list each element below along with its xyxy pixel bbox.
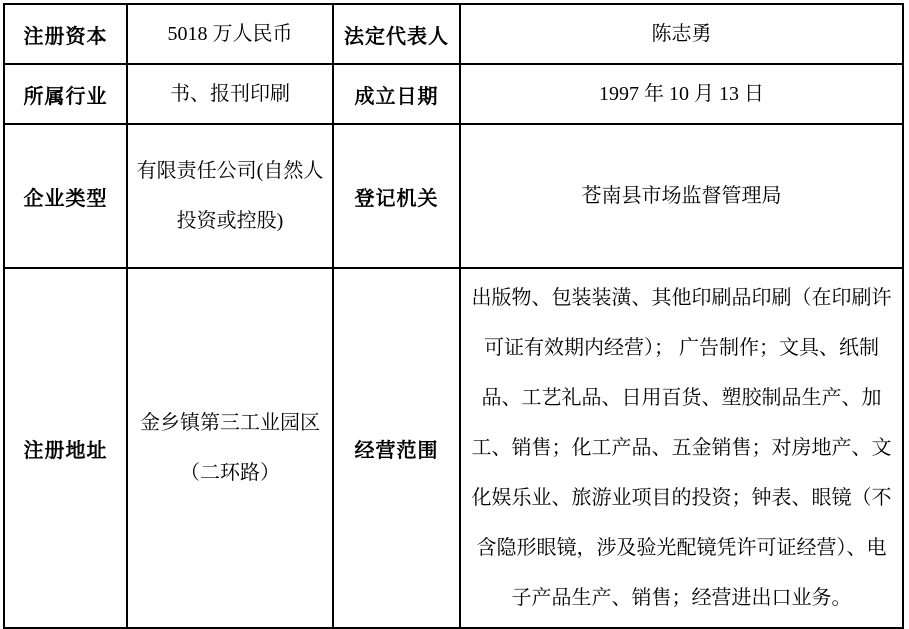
company-registration-document: 注册资本 5018 万人民币 法定代表人 陈志勇 所属行业 书、报刊印刷 成立日… [0, 0, 909, 627]
label-industry: 所属行业 [4, 64, 127, 124]
value-registered-capital: 5018 万人民币 [127, 4, 333, 64]
value-business-scope: 出版物、包装装潢、其他印刷品印刷（在印刷许可证有效期内经营）； 广告制作；文具、… [460, 268, 903, 628]
table-row-registered-capital: 注册资本 5018 万人民币 法定代表人 陈志勇 [4, 4, 903, 64]
table-row-registered-address: 注册地址 金乡镇第三工业园区（二环路） 经营范围 出版物、包装装潢、其他印刷品印… [4, 268, 903, 628]
label-registration-authority: 登记机关 [333, 124, 460, 268]
company-info-table: 注册资本 5018 万人民币 法定代表人 陈志勇 所属行业 书、报刊印刷 成立日… [3, 3, 904, 629]
table-row-enterprise-type: 企业类型 有限责任公司(自然人投资或控股) 登记机关 苍南县市场监督管理局 [4, 124, 903, 268]
value-establishment-date: 1997 年 10 月 13 日 [460, 64, 903, 124]
label-registered-address: 注册地址 [4, 268, 127, 628]
value-enterprise-type: 有限责任公司(自然人投资或控股) [127, 124, 333, 268]
label-legal-representative: 法定代表人 [333, 4, 460, 64]
label-registered-capital: 注册资本 [4, 4, 127, 64]
label-establishment-date: 成立日期 [333, 64, 460, 124]
value-registration-authority: 苍南县市场监督管理局 [460, 124, 903, 268]
value-industry: 书、报刊印刷 [127, 64, 333, 124]
label-enterprise-type: 企业类型 [4, 124, 127, 268]
label-business-scope: 经营范围 [333, 268, 460, 628]
value-registered-address: 金乡镇第三工业园区（二环路） [127, 268, 333, 628]
table-row-industry: 所属行业 书、报刊印刷 成立日期 1997 年 10 月 13 日 [4, 64, 903, 124]
value-legal-representative: 陈志勇 [460, 4, 903, 64]
